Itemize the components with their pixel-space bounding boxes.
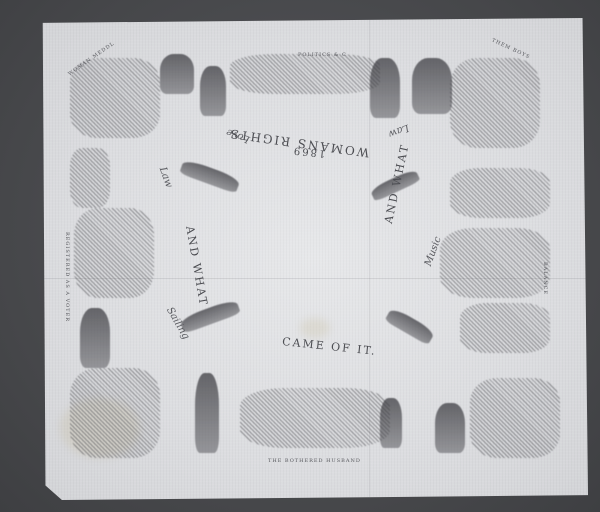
- vignette-left-figures: [70, 148, 110, 208]
- vignette-figure: [370, 58, 400, 118]
- vignette-eagle-bottom-right: [470, 378, 560, 458]
- vignette-laundry-line: [240, 388, 390, 448]
- vignette-seated-man: [435, 403, 465, 453]
- caption-left-side: REGISTERED AS A VOTER: [64, 232, 70, 322]
- vignette-flying-figure: [384, 307, 435, 346]
- vignette-figure: [160, 54, 194, 94]
- vignette-bottom-left: [70, 368, 160, 458]
- vignette-man-top-hat: [195, 373, 219, 453]
- vignette-figure: [412, 58, 452, 114]
- vignette-top-right-tree: [450, 58, 540, 148]
- vignette-figure: [80, 308, 110, 368]
- caption-right-side: BALANCE: [542, 262, 548, 295]
- vignette-laundry-row: [230, 54, 380, 94]
- age-stain: [300, 318, 330, 338]
- vignette-top-left: [70, 58, 160, 138]
- vignette-flying-figure: [179, 158, 241, 194]
- caption-bottom: THE BOTHERED HUSBAND: [268, 458, 361, 464]
- vignette-right-figures: [450, 168, 550, 218]
- vignette-promenading-women: [440, 228, 550, 298]
- caption-top-middle: POLITICS & C: [298, 52, 347, 58]
- vignette-figure: [380, 398, 402, 448]
- vignette-right-figures-lower: [460, 303, 550, 353]
- handkerchief: [40, 18, 588, 500]
- vignette-courtroom: [74, 208, 154, 298]
- vignette-figure: [200, 66, 226, 116]
